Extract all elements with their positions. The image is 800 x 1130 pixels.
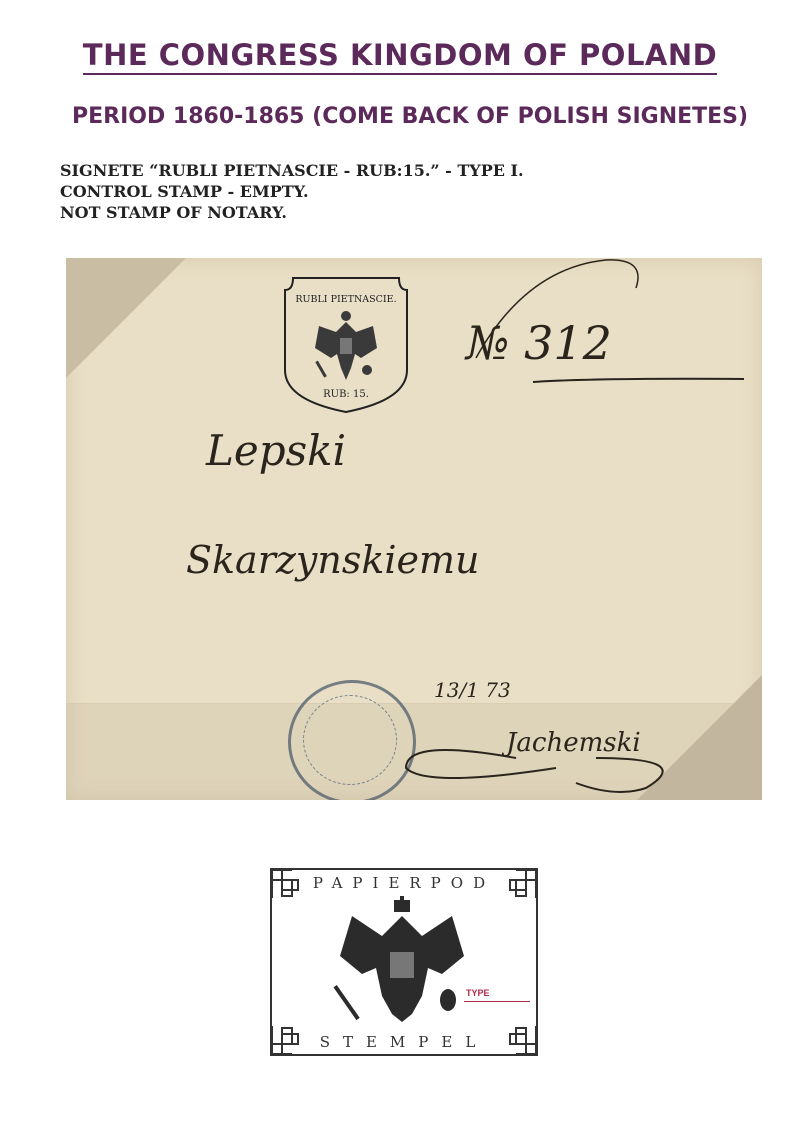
- type-label: TYPE: [466, 988, 490, 998]
- double-headed-eagle-icon: [332, 896, 472, 1028]
- signet-top-text: RUBLI PIETNASCIE.: [281, 294, 411, 305]
- eagle-seal-icon: [303, 695, 397, 785]
- description-line: CONTROL STAMP - EMPTY.: [60, 181, 524, 202]
- stempel-bottom-text: STEMPEL: [272, 1033, 536, 1051]
- cover-document-image: RUBLI PIETNASCIE. RUB: 15. № 312 Lepski …: [66, 258, 762, 800]
- stempel-top-text: PAPIERPOD: [272, 874, 536, 892]
- description-line: NOT STAMP OF NOTARY.: [60, 202, 524, 223]
- handwritten-date: 13/1 73: [434, 678, 511, 702]
- stempel-reference-stamp: PAPIERPOD TYPE STEMPEL: [270, 868, 538, 1056]
- page-title: THE CONGRESS KINGDOM OF POLAND: [0, 38, 800, 72]
- description-block: SIGNETE “RUBLI PIETNASCIE - RUB:15.” - T…: [60, 160, 524, 223]
- handwritten-addressee-line2: Skarzynskiemu: [186, 538, 480, 582]
- signet-bottom-text: RUB: 15.: [281, 389, 411, 400]
- flourish-stroke: [446, 258, 646, 378]
- signet-stamp: RUBLI PIETNASCIE. RUB: 15.: [281, 270, 411, 415]
- double-headed-eagle-icon: [311, 308, 381, 388]
- page-subtitle: PERIOD 1860-1865 (COME BACK OF POLISH SI…: [72, 104, 748, 129]
- description-line: SIGNETE “RUBLI PIETNASCIE - RUB:15.” - T…: [60, 160, 524, 181]
- signature-flourish: [396, 728, 696, 798]
- page-title-text: THE CONGRESS KINGDOM OF POLAND: [83, 38, 717, 75]
- handwritten-addressee-line1: Lepski: [206, 426, 346, 475]
- type-underline: [464, 1001, 530, 1002]
- folded-corner-top-left: [66, 258, 186, 378]
